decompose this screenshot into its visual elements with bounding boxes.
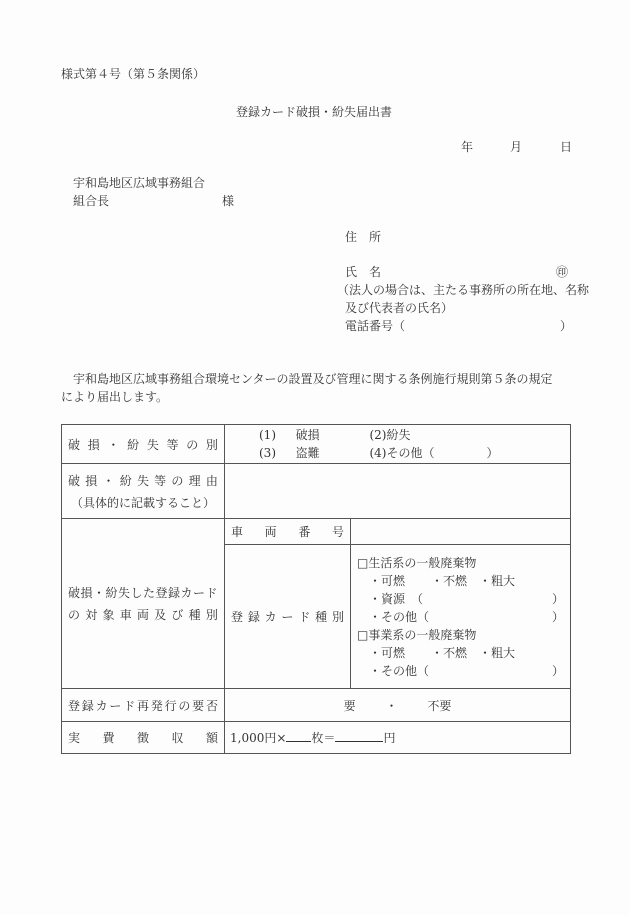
option-theft[interactable]: 盗難 xyxy=(296,444,366,462)
option-other[interactable]: その他（ xyxy=(386,444,486,462)
label-fee: 実 費 徴 収 額 xyxy=(62,722,225,754)
sheets-label: 枚＝ xyxy=(311,731,335,745)
form-table: 破 損 ・ 紛 失 等 の 別 (1) 破損 (2)紛失 (3) 盗難 (4)そ xyxy=(61,424,571,754)
reason-input[interactable] xyxy=(225,464,571,519)
vehicle-number-input[interactable] xyxy=(351,519,571,545)
label-char: 象 xyxy=(102,606,114,623)
household-other[interactable]: ・その他（ xyxy=(369,608,429,626)
label-char: 損 xyxy=(85,472,97,489)
label-card-type: 登 録 カ ー ド 種 別 xyxy=(225,545,351,689)
type-options[interactable]: (1) 破損 (2)紛失 (3) 盗難 (4)その他（） xyxy=(225,425,571,464)
target-label-line1: 破損・紛失した登録カード xyxy=(68,584,218,601)
address-label: 住 所 xyxy=(345,231,381,243)
fee-prefix: 1,000円× xyxy=(230,731,286,745)
label-char: 及 xyxy=(154,606,166,623)
label-char: ド xyxy=(298,608,310,625)
addressee-honorific: 様 xyxy=(222,195,234,207)
label-reissue: 登 録 カ ー ド 再 発 行 の 要 否 xyxy=(62,689,225,722)
label-char: 番 xyxy=(298,523,310,540)
label-char: 紛 xyxy=(127,436,139,453)
label-char: 登 xyxy=(231,608,243,625)
household-resource[interactable]: ・資源 （ xyxy=(369,590,423,608)
label-char: 登 xyxy=(68,697,80,714)
label-char: 紛 xyxy=(120,472,132,489)
label-char: ・ xyxy=(107,436,119,453)
label-char: 別 xyxy=(332,608,344,625)
label-char: 車 xyxy=(231,523,243,540)
label-char: 額 xyxy=(206,729,218,746)
label-char: 失 xyxy=(137,472,149,489)
label-char: 種 xyxy=(189,606,201,623)
option-num: (4) xyxy=(369,446,386,460)
label-char: 要 xyxy=(192,697,204,714)
option-damage[interactable]: 破損 xyxy=(296,426,366,444)
label-char: の xyxy=(186,436,198,453)
yen-label: 円 xyxy=(383,731,395,745)
label-char: 否 xyxy=(206,697,218,714)
label-char: 号 xyxy=(332,523,344,540)
label-char: 損 xyxy=(88,436,100,453)
label-char: 失 xyxy=(147,436,159,453)
option-num: (1) xyxy=(259,428,276,442)
label-target: 破損・紛失した登録カード の 対 象 車 両 及 び 種 別 xyxy=(62,519,225,689)
other-close: ） xyxy=(486,446,498,460)
label-char: 由 xyxy=(206,472,218,489)
fee-cell: 1,000円×枚＝円 xyxy=(225,722,571,754)
label-char: 別 xyxy=(206,436,218,453)
label-reason: 破 損 ・ 紛 失 等 の 理 由 （具体的に記載すること） xyxy=(62,464,225,519)
label-char: ド xyxy=(123,697,135,714)
label-char: 車 xyxy=(120,606,132,623)
label-char: 等 xyxy=(154,472,166,489)
business-burnable[interactable]: ・可燃 xyxy=(369,644,431,662)
label-char: ・ xyxy=(102,472,114,489)
household-checkbox[interactable]: □生活系の一般廃棄物 xyxy=(357,554,564,572)
phone-close: ） xyxy=(560,320,572,332)
label-char: 両 xyxy=(265,523,277,540)
label-type: 破 損 ・ 紛 失 等 の 別 xyxy=(62,425,225,464)
household-bulky[interactable]: ・粗大 xyxy=(479,574,515,588)
label-char: び xyxy=(171,606,183,623)
reason-sublabel: （具体的に記載すること） xyxy=(68,494,218,511)
label-char: ー xyxy=(109,697,121,714)
household-burnable[interactable]: ・可燃 xyxy=(369,572,431,590)
label-char: 理 xyxy=(189,472,201,489)
option-num: (2) xyxy=(369,428,386,442)
label-char: 費 xyxy=(102,729,114,746)
label-char: 破 xyxy=(68,436,80,453)
label-char: 等 xyxy=(167,436,179,453)
total-amount-input[interactable] xyxy=(335,730,383,742)
corp-note-2: 及び代表者の氏名） xyxy=(345,302,453,314)
label-char: の xyxy=(178,697,190,714)
form-number: 様式第４号（第５条関係） xyxy=(61,68,205,80)
label-char: ー xyxy=(281,608,293,625)
row-vehicle: 破損・紛失した登録カード の 対 象 車 両 及 び 種 別 車 両 番 号 xyxy=(62,519,571,545)
business-nonburnable[interactable]: ・不燃 xyxy=(431,644,479,662)
business-checkbox[interactable]: □事業系の一般廃棄物 xyxy=(357,626,564,644)
paren-close: ） xyxy=(552,662,564,680)
option-num: (3) xyxy=(259,446,276,460)
option-required[interactable]: 要 xyxy=(344,699,356,713)
separator-dot: ・ xyxy=(385,697,397,714)
option-not-required[interactable]: 不要 xyxy=(427,699,451,713)
label-char: 両 xyxy=(137,606,149,623)
addressee-org: 宇和島地区広域事務組合 xyxy=(73,177,205,189)
label-vehicle-number: 車 両 番 号 xyxy=(225,519,351,545)
phone-label: 電話番号（ xyxy=(345,320,405,332)
label-char: カ xyxy=(265,608,277,625)
row-fee: 実 費 徴 収 額 1,000円×枚＝円 xyxy=(62,722,571,754)
label-char: 発 xyxy=(151,697,163,714)
label-char: 別 xyxy=(206,606,218,623)
option-lost[interactable]: 紛失 xyxy=(386,428,410,442)
name-label: 氏 名 xyxy=(345,266,381,278)
row-reissue: 登 録 カ ー ド 再 発 行 の 要 否 要 ・ 不要 xyxy=(62,689,571,722)
business-bulky[interactable]: ・粗大 xyxy=(479,646,515,660)
label-char: 録 xyxy=(82,697,94,714)
label-char: の xyxy=(171,472,183,489)
body-text-line1: 宇和島地区広域事務組合環境センターの設置及び管理に関する条例施行規則第５条の規定 xyxy=(73,373,553,385)
card-type-options: □生活系の一般廃棄物 ・可燃・不燃・粗大 ・資源 （） ・その他（） □事業系の… xyxy=(351,545,571,689)
seal-mark: ㊞ xyxy=(556,266,568,278)
date-month: 月 xyxy=(510,141,522,153)
label-char: 破 xyxy=(68,472,80,489)
row-reason: 破 損 ・ 紛 失 等 の 理 由 （具体的に記載すること） xyxy=(62,464,571,519)
corp-note-1: （法人の場合は、主たる事務所の所在地、名称 xyxy=(337,284,589,296)
reissue-options: 要 ・ 不要 xyxy=(225,689,571,722)
row-type: 破 損 ・ 紛 失 等 の 別 (1) 破損 (2)紛失 (3) 盗難 (4)そ xyxy=(62,425,571,464)
paren-close: ） xyxy=(552,590,564,608)
label-char: 対 xyxy=(85,606,97,623)
date-day: 日 xyxy=(560,141,572,153)
body-text-line2: により届出します。 xyxy=(61,391,168,403)
label-char: 再 xyxy=(137,697,149,714)
label-char: 行 xyxy=(165,697,177,714)
business-other[interactable]: ・その他（ xyxy=(369,662,429,680)
household-nonburnable[interactable]: ・不燃 xyxy=(431,572,479,590)
label-char: 録 xyxy=(248,608,260,625)
sheet-count-input[interactable] xyxy=(286,730,311,742)
document-title: 登録カード破損・紛失届出書 xyxy=(236,106,392,118)
label-char: カ xyxy=(96,697,108,714)
label-char: 種 xyxy=(315,608,327,625)
paren-close: ） xyxy=(552,608,564,626)
date-year: 年 xyxy=(461,141,473,153)
label-char: の xyxy=(68,606,80,623)
addressee-position: 組合長 xyxy=(73,195,109,207)
label-char: 収 xyxy=(171,729,183,746)
label-char: 実 xyxy=(68,729,80,746)
label-char: 徴 xyxy=(137,729,149,746)
